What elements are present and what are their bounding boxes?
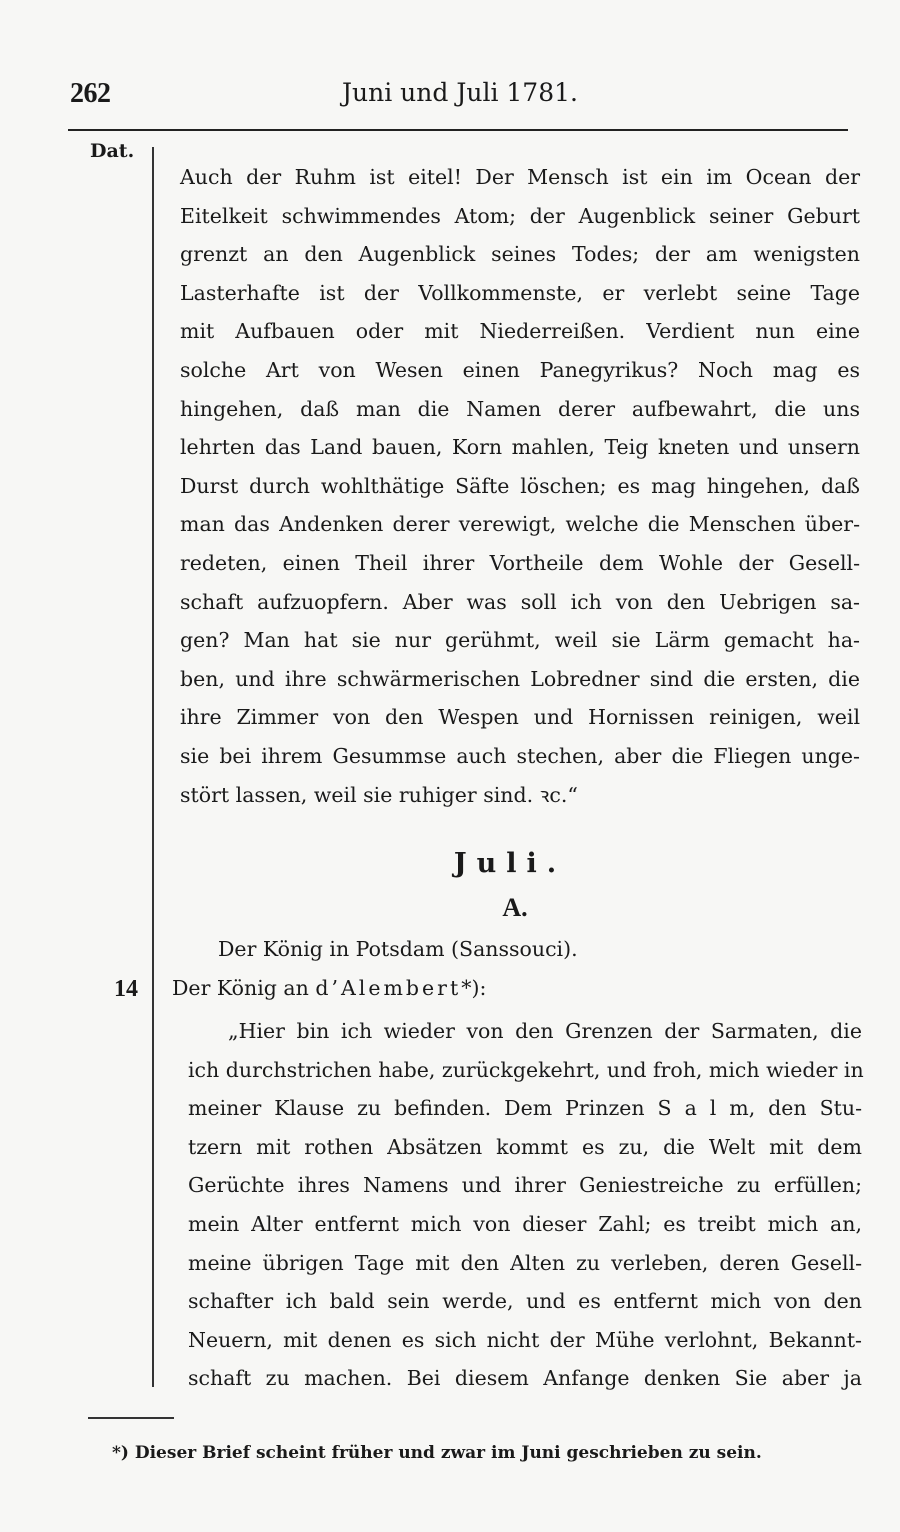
text-line: Neuern, mit denen es sich nicht der Mühe… [188, 1321, 862, 1360]
text-line: redeten, einen Theil ihrer Vortheile dem… [180, 544, 860, 583]
text-line: „Hier bin ich wieder von den Grenzen der… [188, 1012, 862, 1051]
text-line: stört lassen, weil sie ruhiger sind. ꝛc.… [180, 776, 860, 815]
text-line: hingehen, daß man die Namen derer aufbew… [180, 390, 860, 429]
text-line: solche Art von Wesen einen Panegyrikus? … [180, 351, 860, 390]
text-line: mein Alter entfernt mich von dieser Zahl… [188, 1205, 862, 1244]
text-line: Durst durch wohlthätige Säfte löschen; e… [180, 467, 860, 506]
text-line: ich durchstrichen habe, zurückgekehrt, u… [188, 1051, 862, 1090]
text-line: sie bei ihrem Gesummse auch stechen, abe… [180, 737, 860, 776]
text-line: Auch der Ruhm ist eitel! Der Mensch ist … [180, 158, 860, 197]
footnote-rule [88, 1417, 174, 1419]
letter-heading: Der König an d’Alembert*): [172, 976, 486, 1000]
date-entry: 14 [114, 976, 138, 1003]
text-line: meiner Klause zu befinden. Dem Prinzen S… [188, 1089, 862, 1128]
footnote-marker: *): [461, 976, 486, 1000]
header-rule [68, 129, 848, 131]
text-line: Lasterhafte ist der Vollkommenste, er ve… [180, 274, 860, 313]
book-page: 262 Juni und Juli 1781. Dat. Auch der Ru… [0, 0, 900, 1532]
margin-rule [152, 147, 154, 1387]
text-line: meine übrigen Tage mit den Alten zu verl… [188, 1244, 862, 1283]
text-line: ihre Zimmer von den Wespen und Hornissen… [180, 698, 860, 737]
letter-body: „Hier bin ich wieder von den Grenzen der… [188, 1012, 862, 1398]
text-line: gen? Man hat sie nur gerühmt, weil sie L… [180, 621, 860, 660]
place-heading: Der König in Potsdam (Sanssouci). [218, 937, 578, 961]
text-line: schaft aufzuopfern. Aber was soll ich vo… [180, 583, 860, 622]
text-line: mit Aufbauen oder mit Niederreißen. Verd… [180, 312, 860, 351]
text-line: man das Andenken derer verewigt, welche … [180, 505, 860, 544]
text-line: tzern mit rothen Absätzen kommt es zu, d… [188, 1128, 862, 1167]
section-title: Juli. [0, 848, 900, 879]
running-head: 262 Juni und Juli 1781. [70, 78, 850, 118]
text-line: ben, und ihre schwärmerischen Lobredner … [180, 660, 860, 699]
letter-heading-prefix: Der König an [172, 976, 315, 1000]
recipient-name: d’Alembert [315, 976, 461, 1000]
text-line: Eitelkeit schwimmendes Atom; der Augenbl… [180, 197, 860, 236]
text-line: schafter ich bald sein werde, und es ent… [188, 1282, 862, 1321]
section-letter: A. [0, 893, 900, 923]
text-line: Gerüchte ihres Namens und ihrer Geniestr… [188, 1166, 862, 1205]
text-line: grenzt an den Augenblick seines Todes; d… [180, 235, 860, 274]
running-title: Juni und Juli 1781. [70, 78, 850, 107]
footnote: *) Dieser Brief scheint früher und zwar … [112, 1443, 762, 1463]
text-line: schaft zu machen. Bei diesem Anfange den… [188, 1359, 862, 1398]
paragraph-continued: Auch der Ruhm ist eitel! Der Mensch ist … [180, 158, 860, 814]
text-line: lehrten das Land bauen, Korn mahlen, Tei… [180, 428, 860, 467]
date-column-label: Dat. [90, 140, 134, 162]
